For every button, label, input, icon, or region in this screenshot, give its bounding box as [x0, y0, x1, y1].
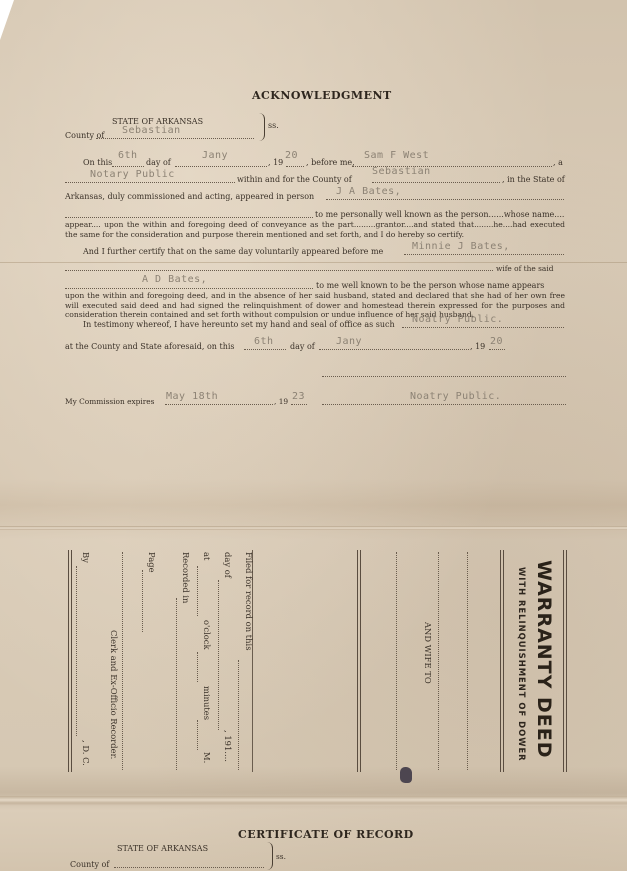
border-line	[563, 550, 567, 772]
deed-title: WARRANTY DEED	[533, 560, 555, 759]
by-label: By	[81, 552, 91, 563]
officer-value: Sam F West	[364, 150, 429, 161]
signature-line	[322, 376, 566, 377]
testimony-year-value: 20	[490, 336, 503, 347]
wife-value: Minnie J Bates,	[412, 241, 510, 252]
day-value: 6th	[118, 150, 138, 161]
certificate-title: CERTIFICATE OF RECORD	[238, 828, 414, 841]
fold-crease	[0, 262, 627, 263]
certificate-state-label: STATE OF ARKANSAS	[117, 844, 208, 853]
commission-year-value: 23	[292, 391, 305, 402]
torn-corner	[0, 0, 14, 40]
acknowledgment-title: ACKNOWLEDGMENT	[252, 89, 392, 102]
grantor-value: J A Bates,	[336, 186, 401, 197]
county-value-2: Sebastian	[372, 166, 431, 177]
dc-label: , D. C.	[81, 740, 91, 766]
notary-signature-value: Noatry Public.	[410, 391, 501, 402]
ss-label: ss.	[268, 121, 279, 130]
office-value: Noatry Public.	[412, 314, 503, 325]
year-value: 20	[285, 150, 298, 161]
meridiem-label: M.	[202, 752, 212, 763]
border-line	[68, 550, 72, 772]
county-value: Sebastian	[122, 125, 181, 136]
year-label: , 191....	[223, 730, 233, 762]
filed-label: Filed for record on this	[244, 552, 254, 651]
oclock-label: o'clock	[202, 620, 212, 650]
grantor-line	[438, 552, 439, 770]
certificate-county-label: County of	[70, 860, 109, 869]
and-wife-to-label: AND WIFE TO	[423, 622, 433, 684]
fold-line	[0, 526, 627, 530]
day-of-label: day of	[223, 552, 233, 578]
husband-value: A D Bates,	[142, 274, 207, 285]
border-line	[500, 550, 504, 772]
deed-subtitle: WITH RELINQUISHMENT OF DOWER	[517, 567, 527, 762]
month-value: Jany	[202, 150, 228, 161]
at-label: at	[202, 552, 212, 560]
clerk-label: Clerk and Ex-Officio Recorder.	[109, 630, 119, 759]
certificate-ss-label: ss.	[276, 852, 286, 861]
brace	[258, 113, 265, 141]
testimony-day-value: 6th	[254, 336, 274, 347]
grantor-line-2	[396, 552, 397, 770]
testimony-month-value: Jany	[336, 336, 362, 347]
tear-hole	[400, 767, 412, 783]
recorded-in-label: Recorded in	[181, 552, 191, 603]
paragraph-appear: appear.... upon the within and foregoing…	[65, 220, 565, 239]
clerk-signature-line	[122, 552, 123, 770]
fold-line	[0, 796, 627, 806]
page-label: Page	[147, 552, 157, 573]
commission-date-value: May 18th	[166, 391, 218, 402]
officer-title-value: Notary Public	[90, 169, 175, 180]
grantee-line	[467, 552, 468, 770]
minutes-label: minutes	[202, 686, 212, 720]
border-line	[357, 550, 361, 772]
